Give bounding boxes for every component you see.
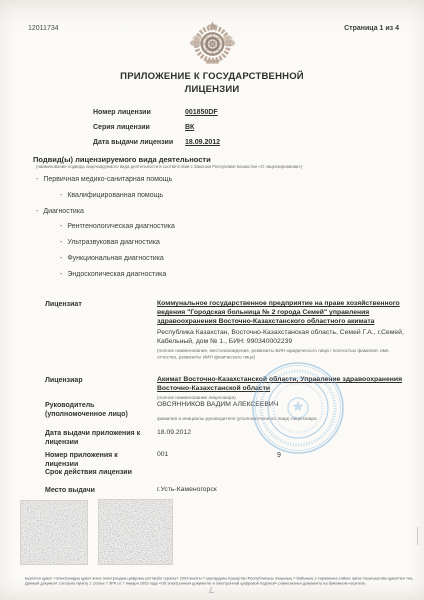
dash-bullet: - — [60, 192, 62, 199]
validity-value — [157, 468, 405, 477]
issue-place-row: Место выдачи г.Усть-Каменогорск — [45, 486, 405, 495]
annex-number-value: 001 — [157, 451, 405, 469]
list-item-label: Функциональная диагностика — [67, 255, 163, 262]
document-title-line1: ПРИЛОЖЕНИЕ К ГОСУДАРСТВЕННОЙ — [0, 70, 424, 83]
head-note: фамилия и инициалы руководителя (уполном… — [157, 417, 405, 423]
head-name: ОВСЯННИКОВ ВАДИМ АЛЕКСЕЕВИЧ — [157, 401, 405, 410]
footer-legal-line-kk: Берілген құжат «Электрондық құжат және э… — [25, 577, 413, 581]
dash-bullet: - — [60, 271, 62, 278]
dash-bullet: - — [60, 223, 62, 230]
list-item-label: Ультразвуковая диагностика — [67, 239, 160, 246]
licensee-note: (полное наименование, местонахождение, р… — [157, 349, 405, 361]
validity-label: Срок действия лицензии — [45, 468, 157, 477]
license-fields: Номер лицензии 001850DF Серия лицензии В… — [93, 109, 353, 154]
subtype-list: -Первичная медико-санитарная помощь -Ква… — [0, 176, 420, 287]
field-license-number-label: Номер лицензии — [93, 109, 185, 116]
list-item: -Ультразвуковая диагностика — [60, 239, 420, 246]
field-license-date: Дата выдачи лицензии 18.09.2012 — [93, 139, 353, 146]
dash-bullet: - — [36, 208, 38, 215]
field-license-series: Серия лицензии ВК — [93, 124, 353, 131]
annex-number-row: Номер приложения к лицензии 001 — [45, 451, 405, 469]
annex-number-extra-digit: 9 — [277, 452, 281, 459]
licensee-label: Лицензиат — [45, 300, 157, 364]
document-title: ПРИЛОЖЕНИЕ К ГОСУДАРСТВЕННОЙ ЛИЦЕНЗИИ — [0, 70, 424, 97]
field-license-number: Номер лицензии 001850DF — [93, 109, 353, 116]
licensee-value: Коммунальное государственное предприятие… — [157, 300, 405, 364]
subtypes-note: (наименование подвида лицензируемого вид… — [36, 165, 302, 169]
licensee-row: Лицензиат Коммунальное государственное п… — [45, 300, 405, 364]
field-license-date-label: Дата выдачи лицензии — [93, 139, 185, 146]
issue-place-label: Место выдачи — [45, 486, 157, 495]
list-item: -Эндоскопическая диагностика — [60, 271, 420, 278]
licensee-address: Республика Казахстан, Восточно-Казахстан… — [157, 329, 405, 347]
kazakhstan-emblem-icon — [189, 19, 236, 67]
license-annex-document: 12011734 Страница 1 из 4 ПРИЛОЖЕНИЕ К ГО… — [0, 0, 424, 600]
annex-date-row: Дата выдачи приложения к лицензии 18.09.… — [45, 429, 405, 447]
digital-signature-block-2 — [98, 499, 173, 565]
licensor-label: Лицензиар — [45, 376, 157, 403]
issue-place-value: г.Усть-Каменогорск — [157, 486, 405, 495]
annex-date-value: 18.09.2012 — [157, 429, 405, 447]
list-item: -Функциональная диагностика — [60, 255, 420, 262]
scan-edge-artifact — [417, 527, 418, 545]
document-number: 12011734 — [28, 25, 59, 32]
dash-bullet: - — [60, 255, 62, 262]
field-license-date-value: 18.09.2012 — [185, 139, 220, 146]
list-item-label: Первичная медико-санитарная помощь — [43, 176, 172, 183]
list-item: -Рентгенологическая диагностика — [60, 223, 420, 230]
list-item-label: Эндоскопическая диагностика — [67, 271, 166, 278]
annex-number-label: Номер приложения к лицензии — [45, 451, 157, 469]
list-item-label: Диагностика — [43, 208, 84, 215]
document-title-line2: ЛИЦЕНЗИИ — [0, 83, 424, 96]
head-row: Руководитель (уполномоченное лицо) ОВСЯН… — [45, 401, 405, 424]
licensor-value: Акимат Восточно-Казахстанской области, У… — [157, 376, 405, 403]
footer-legal-line-ru: Данный документ согласно пункту 1 статьи… — [25, 582, 365, 586]
scan-stray-mark — [209, 587, 216, 593]
dash-bullet: - — [60, 239, 62, 246]
field-license-series-label: Серия лицензии — [93, 124, 185, 131]
annex-date-label: Дата выдачи приложения к лицензии — [45, 429, 157, 447]
field-license-series-value: ВК — [185, 124, 194, 131]
list-item: -Квалифицированная помощь — [60, 192, 420, 199]
list-item: -Первичная медико-санитарная помощь — [36, 176, 420, 183]
dash-bullet: - — [36, 176, 38, 183]
digital-signature-block-1 — [20, 500, 88, 565]
subtypes-heading: Подвид(ы) лицензируемого вида деятельнос… — [33, 155, 211, 164]
licensee-name: Коммунальное государственное предприятие… — [157, 300, 405, 327]
field-license-number-value: 001850DF — [185, 109, 218, 116]
licensor-name: Акимат Восточно-Казахстанской области, У… — [157, 376, 405, 394]
head-value-wrap: ОВСЯННИКОВ ВАДИМ АЛЕКСЕЕВИЧ фамилия и ин… — [157, 401, 405, 424]
list-item: -Диагностика — [36, 208, 420, 215]
licensor-row: Лицензиар Акимат Восточно-Казахстанской … — [45, 376, 405, 403]
head-label: Руководитель (уполномоченное лицо) — [45, 401, 157, 424]
list-item-label: Квалифицированная помощь — [67, 192, 163, 199]
page-indicator: Страница 1 из 4 — [344, 25, 399, 32]
validity-row: Срок действия лицензии — [45, 468, 405, 477]
list-item-label: Рентгенологическая диагностика — [67, 223, 175, 230]
